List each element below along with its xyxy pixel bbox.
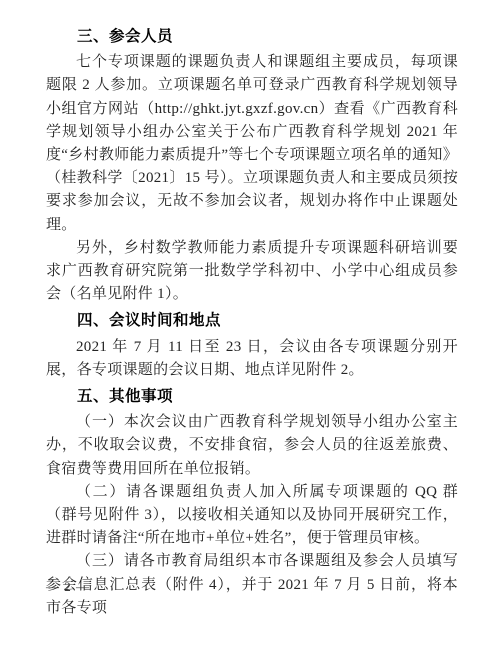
page-number: — 2 — <box>46 579 90 595</box>
paragraph-other-3: （三）请各市教育局组织本市各课题组及参会人员填写参会信息汇总表（附件 4），并于… <box>46 550 458 620</box>
document-page: 三、参会人员 七个专项课题的课题负责人和课题组主要成员，每项课题限 2 人参加。… <box>0 0 500 645</box>
section-heading-participants: 三、参会人员 <box>46 25 458 48</box>
section-heading-time-location: 四、会议时间和地点 <box>46 309 458 332</box>
paragraph-other-1: （一）本次会议由广西教育科学规划领导小组办公室主办，不收取会议费，不安排食宿，参… <box>46 411 458 481</box>
section-heading-other-matters: 五、其他事项 <box>46 385 458 408</box>
paragraph-time-location: 2021 年 7 月 11 日至 23 日，会议由各专项课题分别开展，各专项课题… <box>46 336 458 382</box>
paragraph-participants-2: 另外，乡村数学教师能力素质提升专项课题科研培训要求广西教育研究院第一批数学学科初… <box>46 237 458 307</box>
paragraph-other-2: （二）请各课题组负责人加入所属专项课题的 QQ 群（群号见附件 3），以接收相关… <box>46 481 458 551</box>
paragraph-participants-1: 七个专项课题的课题负责人和课题组主要成员，每项课题限 2 人参加。立项课题名单可… <box>46 51 458 237</box>
document-body: 三、参会人员 七个专项课题的课题负责人和课题组主要成员，每项课题限 2 人参加。… <box>46 22 458 620</box>
